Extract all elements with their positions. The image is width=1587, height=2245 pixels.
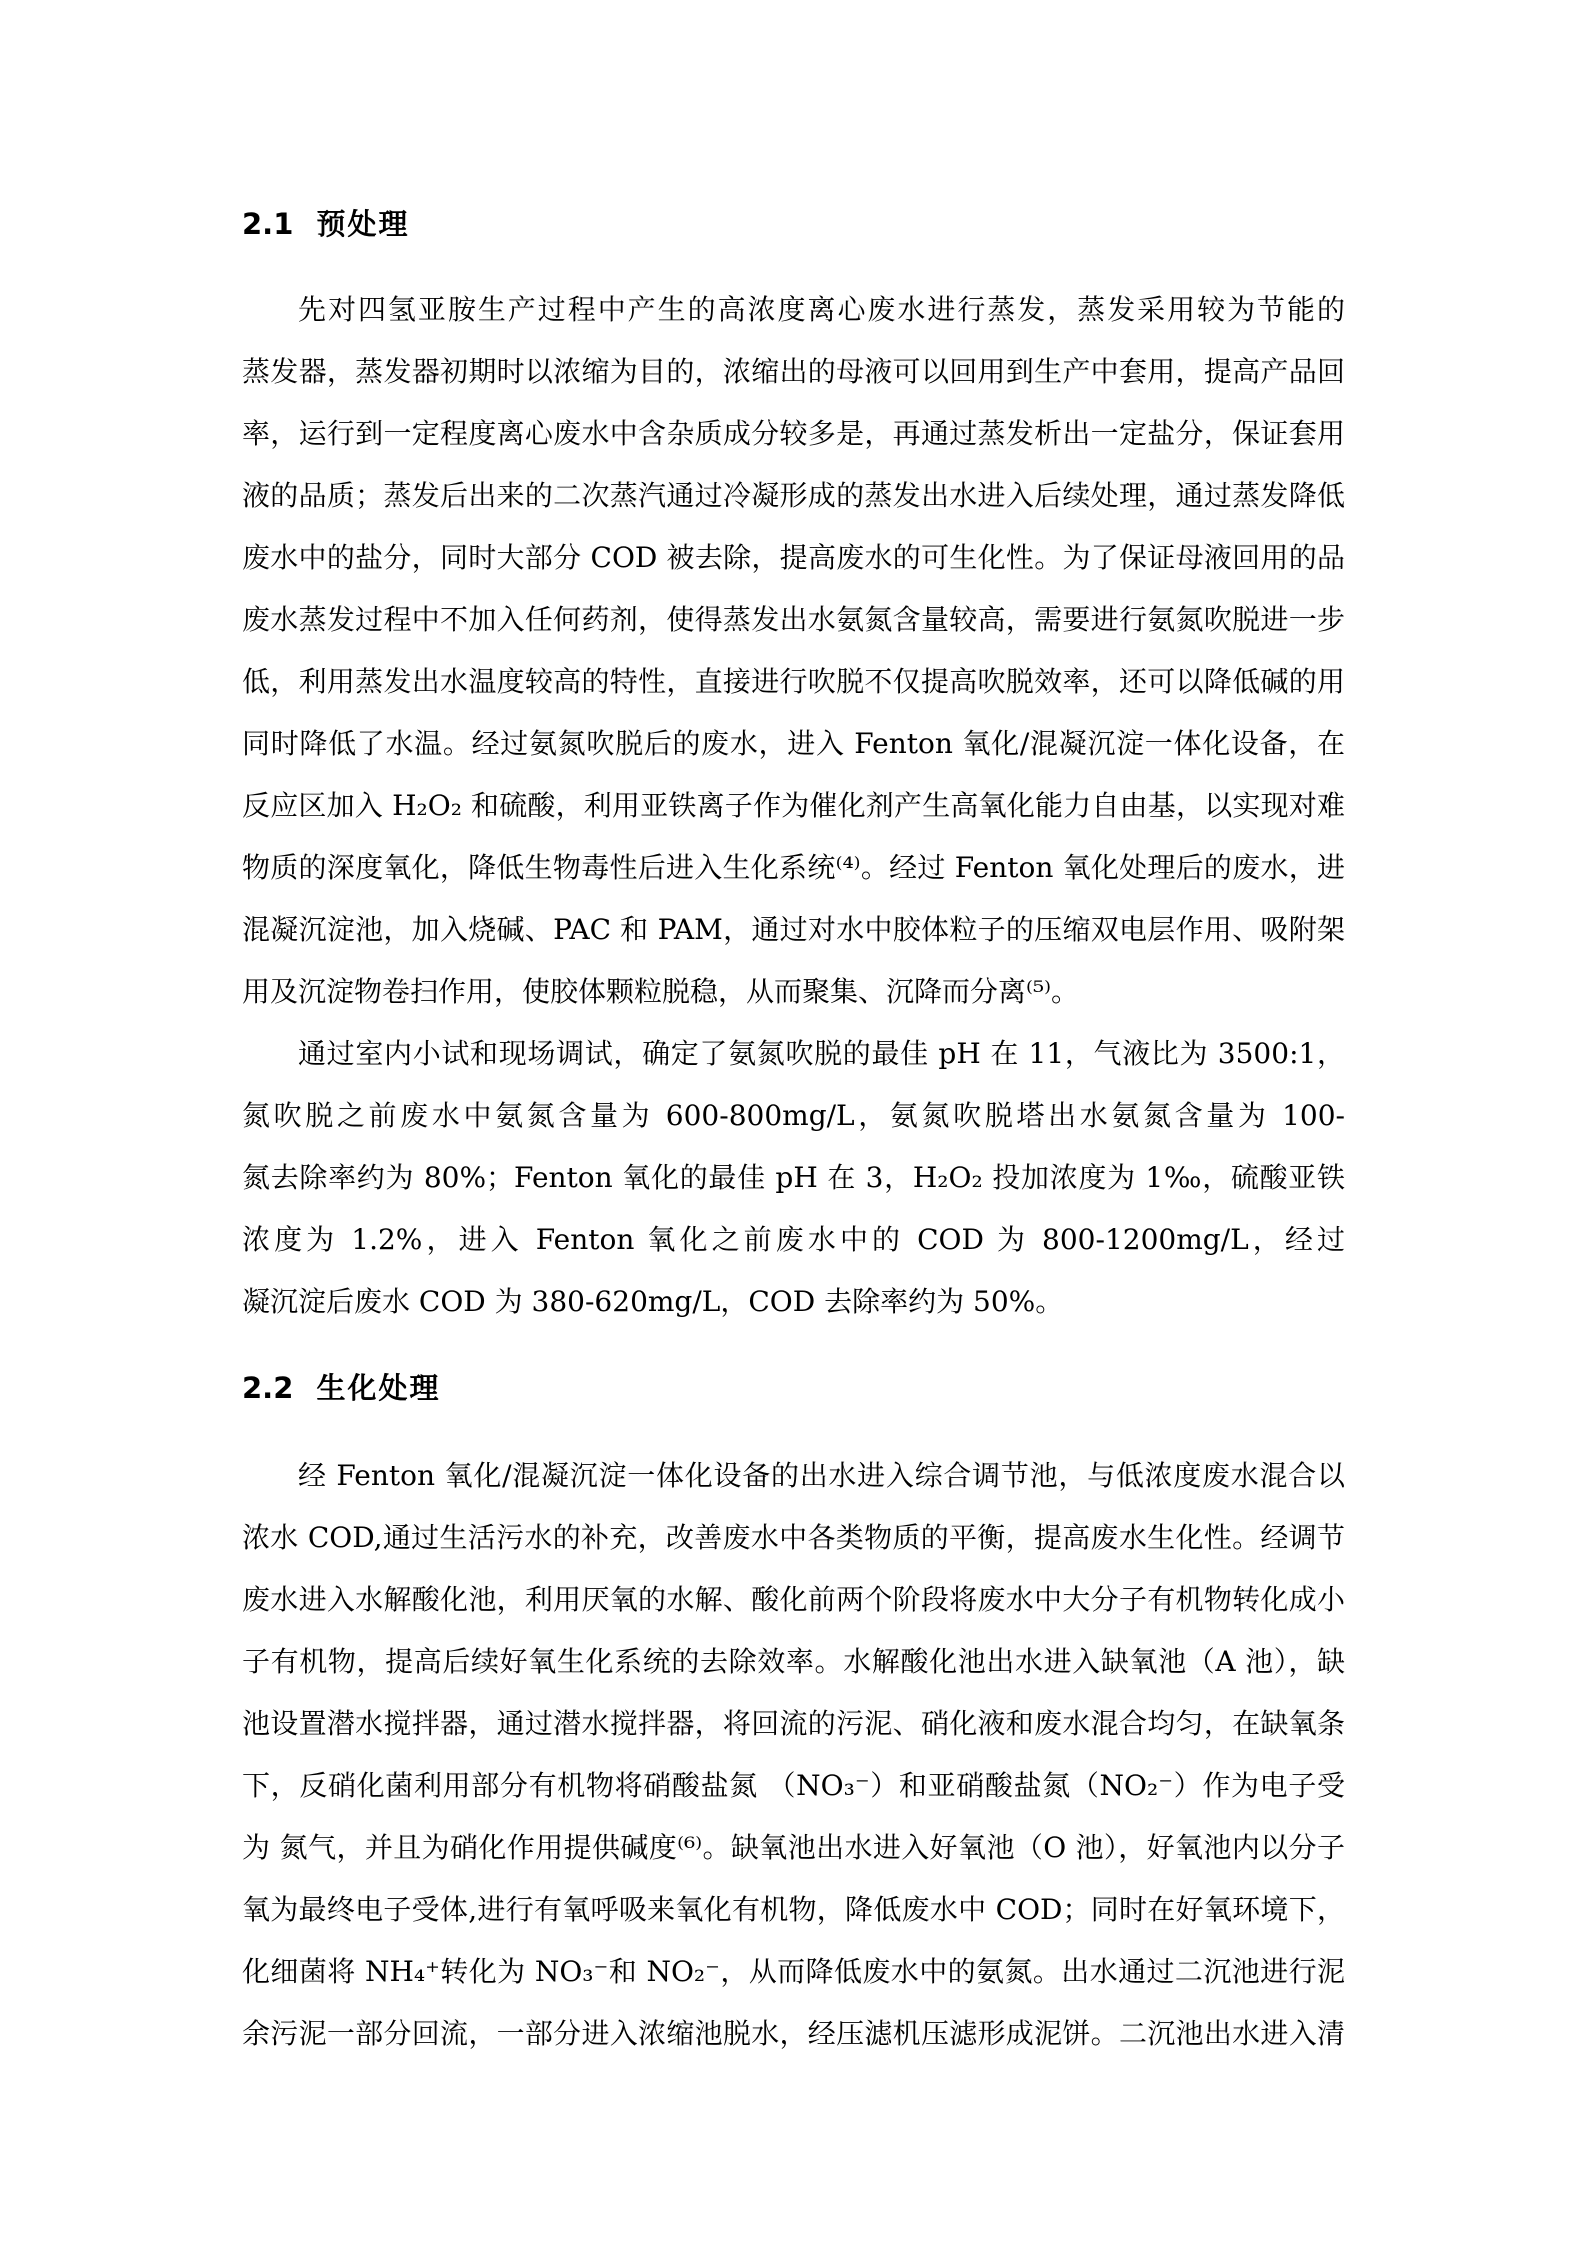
section-title: 预处理 [316,207,409,241]
text-line: 通过室内小试和现场调试，确定了氨氮吹脱的最佳 pH 在 11，气液比为 3500… [242,1023,1345,1085]
text-line: 废水中的盐分，同时大部分 COD 被去除，提高废水的可生化性。为了保证母液回用的… [242,527,1345,589]
paragraph-biochemical-process: 经 Fenton 氧化/混凝沉淀一体化设备的出水进入综合调节池，与低浓度废水混合… [242,1445,1345,2065]
text-line: 废水进入水解酸化池，利用厌氧的水解、酸化前两个阶段将废水中大分子有机物转化成小分 [242,1569,1345,1631]
text-line: 低，利用蒸发出水温度较高的特性，直接进行吹脱不仅提高吹脱效率，还可以降低碱的用量… [242,651,1345,713]
text-line: 子有机物，提高后续好氧生化系统的去除效率。水解酸化池出水进入缺氧池（A 池），缺… [242,1631,1345,1693]
text-line: 浓水 COD,通过生活污水的补充，改善废水中各类物质的平衡，提高废水生化性。经调… [242,1507,1345,1569]
text-line: 凝沉淀后废水 COD 为 380-620mg/L，COD 去除率约为 50%。 [242,1271,1345,1333]
text-line: 为 氮气，并且为硝化作用提供碱度⁽⁶⁾。缺氧池出水进入好氧池（O 池），好氧池内… [242,1817,1345,1879]
text-line: 用及沉淀物卷扫作用，使胶体颗粒脱稳，从而聚集、沉降而分离⁽⁵⁾。 [242,961,1345,1023]
text-line: 氮去除率约为 80%；Fenton 氧化的最佳 pH 在 3，H₂O₂ 投加浓度… [242,1147,1345,1209]
text-line: 液的品质；蒸发后出来的二次蒸汽通过冷凝形成的蒸发出水进入后续处理，通过蒸发降低了 [242,465,1345,527]
text-line: 化细菌将 NH₄⁺转化为 NO₃⁻和 NO₂⁻，从而降低废水中的氨氮。出水通过二… [242,1941,1345,2003]
text-line: 同时降低了水温。经过氨氮吹脱后的废水，进入 Fenton 氧化/混凝沉淀一体化设… [242,713,1345,775]
text-line: 余污泥一部分回流，一部分进入浓缩池脱水，经压滤机压滤形成泥饼。二沉池出水进入清水 [242,2003,1345,2065]
document-page: 2.1 预处理 先对四氢亚胺生产过程中产生的高浓度离心废水进行蒸发，蒸发采用较为… [0,0,1587,2245]
paragraph-pretreatment-results: 通过室内小试和现场调试，确定了氨氮吹脱的最佳 pH 在 11，气液比为 3500… [242,1023,1345,1333]
text-line: 先对四氢亚胺生产过程中产生的高浓度离心废水进行蒸发，蒸发采用较为节能的 MVR [242,279,1345,341]
page-content: 2.1 预处理 先对四氢亚胺生产过程中产生的高浓度离心废水进行蒸发，蒸发采用较为… [0,204,1587,2065]
text-line: 经 Fenton 氧化/混凝沉淀一体化设备的出水进入综合调节池，与低浓度废水混合… [242,1445,1345,1507]
text-line: 蒸发器，蒸发器初期时以浓缩为目的，浓缩出的母液可以回用到生产中套用，提高产品回收 [242,341,1345,403]
text-line: 下，反硝化菌利用部分有机物将硝酸盐氮 （NO₃⁻）和亚硝酸盐氮（NO₂⁻）作为电… [242,1755,1345,1817]
text-line: 反应区加入 H₂O₂ 和硫酸，利用亚铁离子作为催化剂产生高氧化能力自由基，以实现… [242,775,1345,837]
section-number: 2.1 [242,207,293,241]
text-line: 氧为最终电子受体,进行有氧呼吸来氧化有机物，降低废水中 COD；同时在好氧环境下… [242,1879,1345,1941]
text-line: 浓度为 1.2%，进入 Fenton 氧化之前废水中的 COD 为 800-12… [242,1209,1345,1271]
section-number: 2.2 [242,1371,293,1405]
text-line: 物质的深度氧化，降低生物毒性后进入生化系统⁽⁴⁾。经过 Fenton 氧化处理后… [242,837,1345,899]
text-line: 氮吹脱之前废水中氨氮含量为 600-800mg/L，氨氮吹脱塔出水氨氮含量为 1… [242,1085,1345,1147]
text-line: 废水蒸发过程中不加入任何药剂，使得蒸发出水氨氮含量较高，需要进行氨氮吹脱进一步降 [242,589,1345,651]
section-heading-biochemical: 2.2 生化处理 [242,1368,1345,1408]
section-heading-pretreatment: 2.1 预处理 [242,204,1345,244]
text-line: 池设置潜水搅拌器，通过潜水搅拌器，将回流的污泥、硝化液和废水混合均匀，在缺氧条件 [242,1693,1345,1755]
paragraph-pretreatment-process: 先对四氢亚胺生产过程中产生的高浓度离心废水进行蒸发，蒸发采用较为节能的 MVR蒸… [242,279,1345,1023]
section-title: 生化处理 [316,1371,440,1405]
text-line: 率，运行到一定程度离心废水中含杂质成分较多是，再通过蒸发析出一定盐分，保证套用母 [242,403,1345,465]
text-line: 混凝沉淀池，加入烧碱、PAC 和 PAM，通过对水中胶体粒子的压缩双电层作用、吸… [242,899,1345,961]
